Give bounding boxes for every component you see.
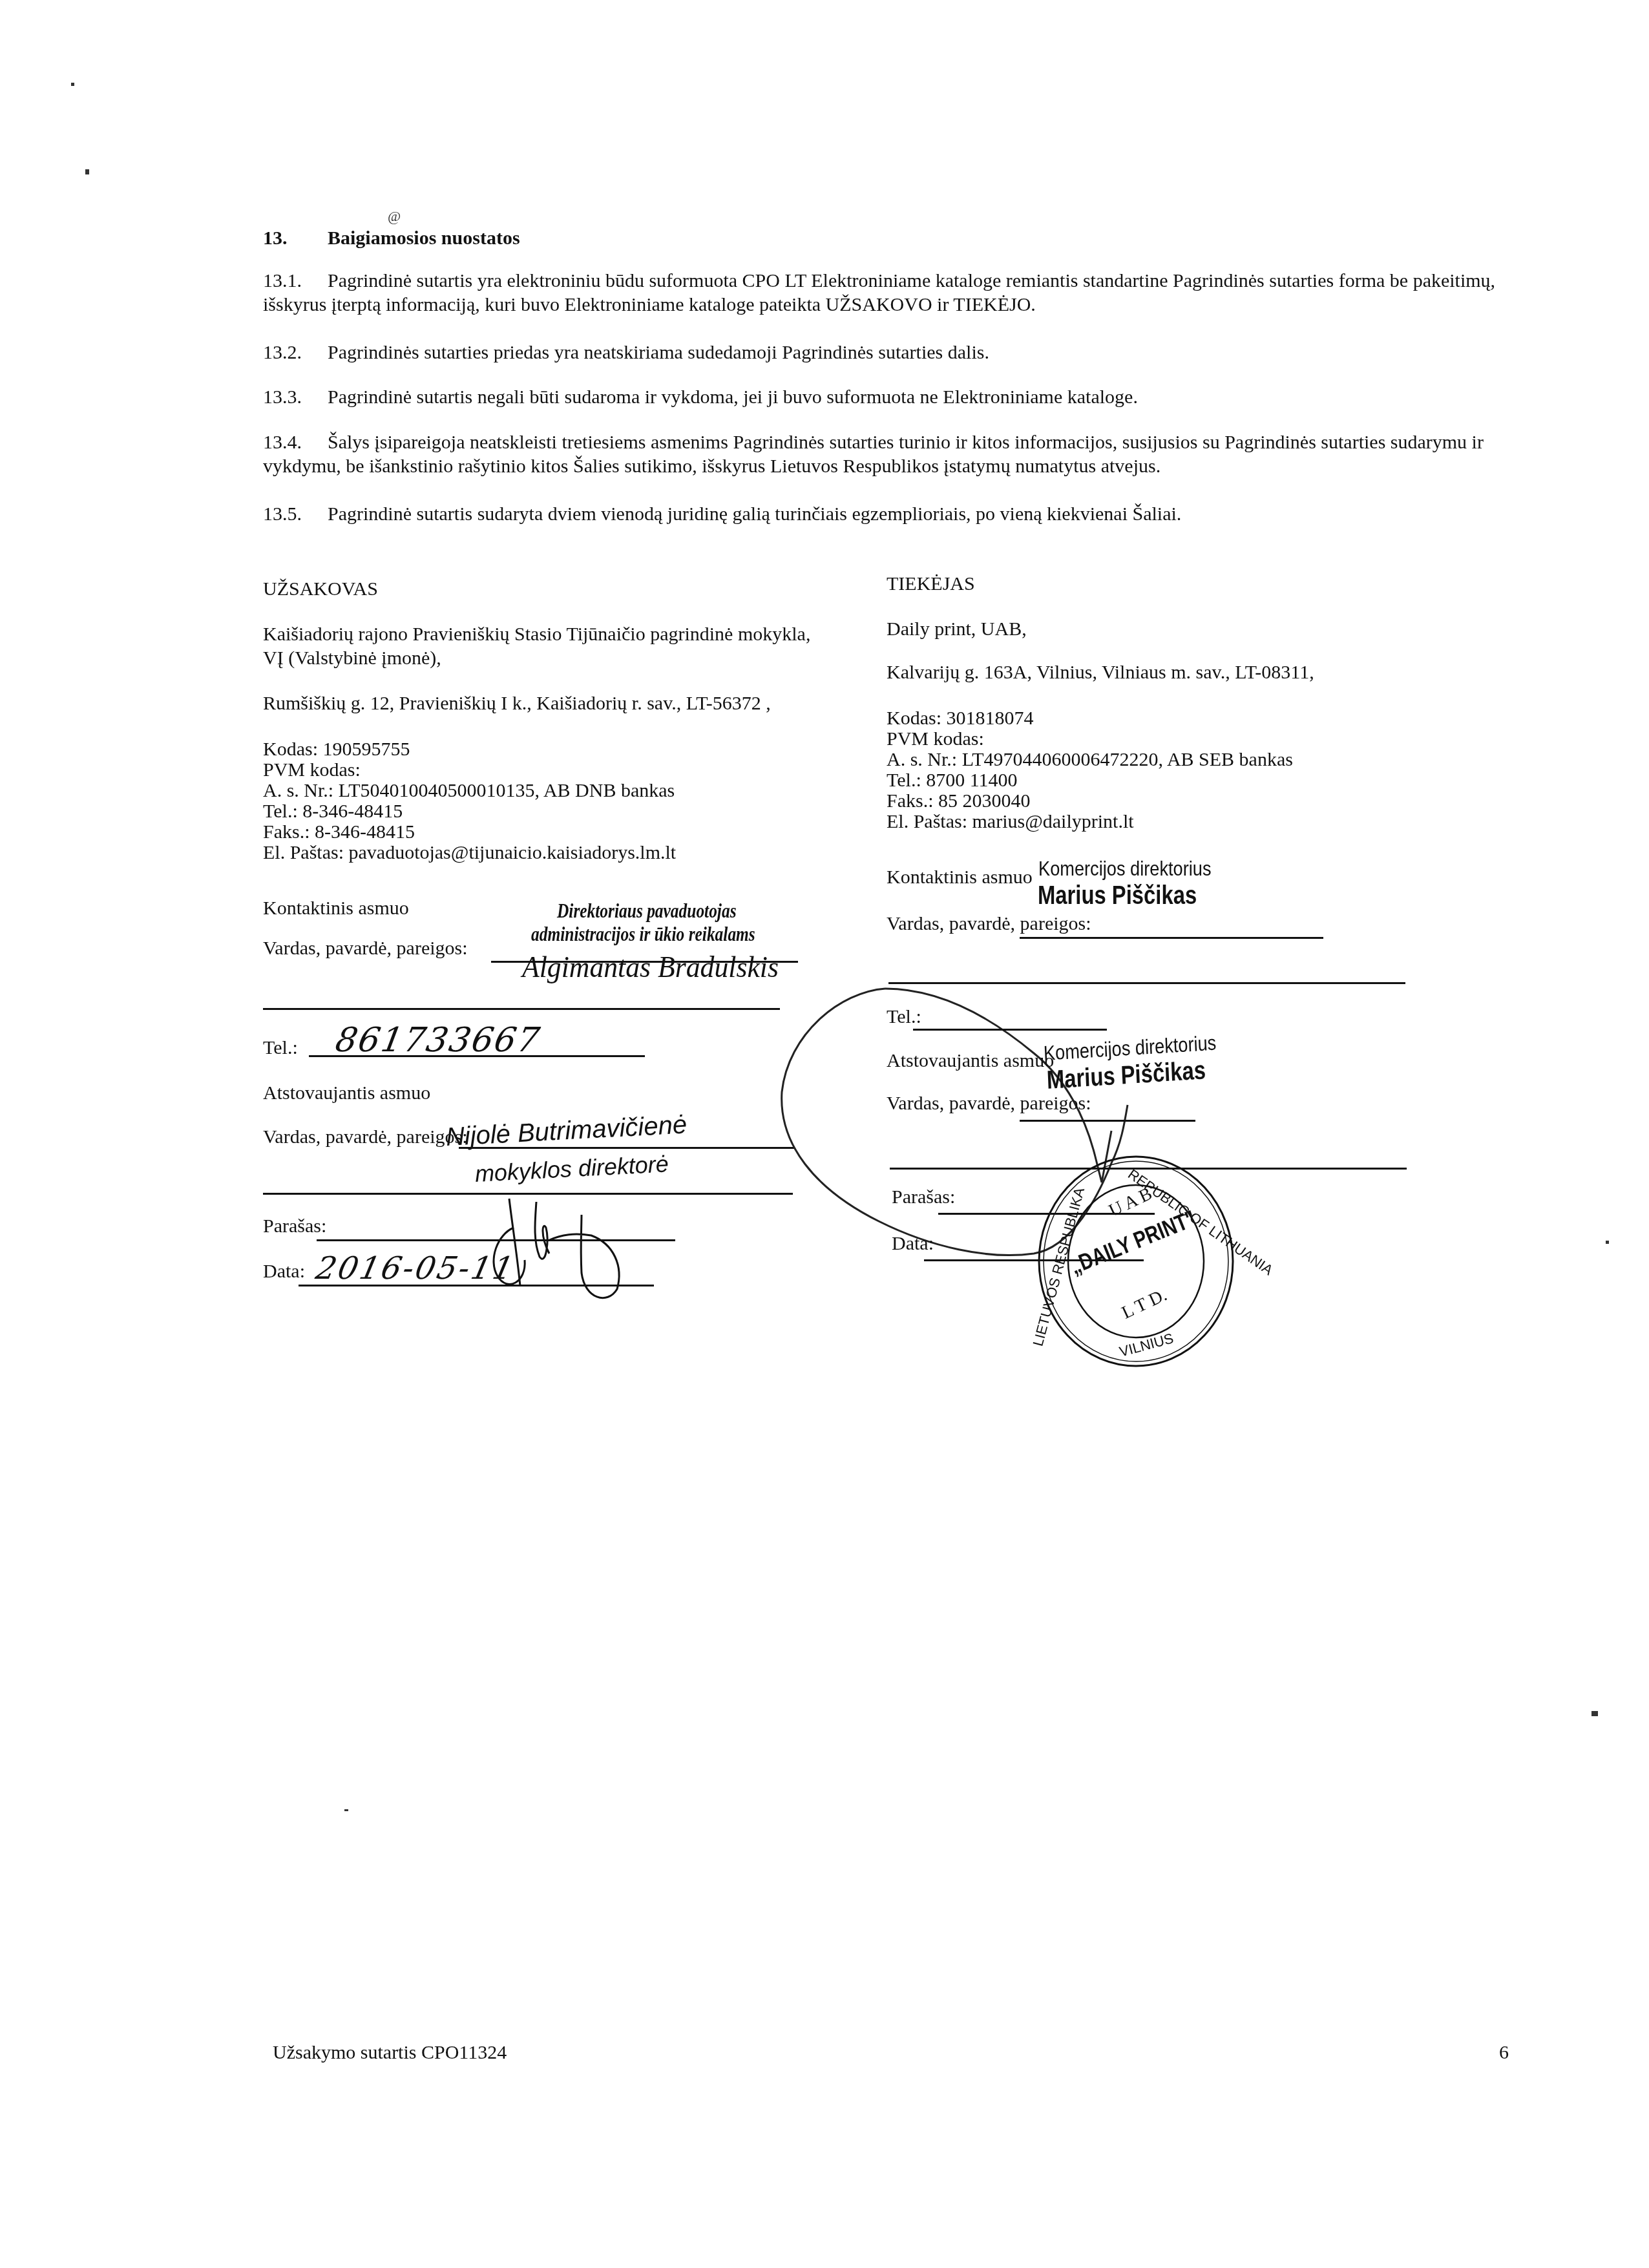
customer-contact-stamp-name: Algimantas Bradulskis [522, 950, 779, 984]
customer-contact-stamp-title2: administracijos ir ūkio reikalams [531, 923, 755, 946]
supplier-tel-line[interactable] [913, 1029, 1107, 1031]
clause-text: Pagrindinė sutartis sudaryta dviem vieno… [328, 503, 1181, 525]
supplier-signature-label: Parašas: [892, 1186, 955, 1209]
clause-number: 13.3. [263, 385, 328, 409]
clause-number: 13.5. [263, 502, 328, 526]
supplier-contact-stamp-title: Komercijos direktorius [1038, 857, 1212, 881]
customer-signature-icon [452, 1163, 659, 1305]
customer-vat: PVM kodas: [263, 759, 361, 782]
customer-account: A. s. Nr.: LT504010040500010135, AB DNB … [263, 779, 675, 803]
supplier-name: Daily print, UAB, [887, 618, 1027, 641]
clause-number: 13.2. [263, 341, 328, 364]
supplier-date-label: Data: [892, 1232, 934, 1255]
scan-speck [85, 169, 89, 174]
customer-contact-name-label: Vardas, pavardė, pareigos: [263, 937, 468, 960]
clause-text: Pagrindinė sutartis negali būti sudaroma… [328, 386, 1138, 408]
clause-number: 13.4. [263, 430, 328, 454]
scan-speck [71, 83, 74, 86]
customer-rep-label: Atstovaujantis asmuo [263, 1082, 430, 1105]
clause-13-3: 13.3.Pagrindinė sutartis negali būti sud… [263, 385, 1510, 409]
customer-contact-label: Kontaktinis asmuo [263, 897, 409, 920]
supplier-heading: TIEKĖJAS [887, 572, 975, 596]
supplier-rep-name-label: Vardas, pavardė, pareigos: [887, 1092, 1091, 1115]
customer-email: El. Paštas: pavaduotojas@tijunaicio.kais… [263, 841, 676, 865]
clause-text: Pagrindinės sutarties priedas yra neatsk… [328, 342, 989, 363]
customer-address: Rumšiškių g. 12, Pravieniškių I k., Kaiš… [263, 692, 771, 715]
clause-text: Pagrindinė sutartis yra elektroniniu būd… [263, 270, 1495, 315]
customer-rep-stamp-name: Nijolė Butrimavičienė [445, 1110, 688, 1151]
supplier-vat: PVM kodas: [887, 728, 984, 751]
supplier-rep-name-line[interactable] [1020, 1120, 1195, 1122]
supplier-contact-name-line[interactable] [1020, 937, 1323, 939]
clause-number: 13.1. [263, 269, 328, 293]
clause-13-5: 13.5.Pagrindinė sutartis sudaryta dviem … [263, 502, 1510, 526]
clause-13-1: 13.1.Pagrindinė sutartis yra elektronini… [263, 269, 1510, 317]
footer-doc-ref: Užsakymo sutartis CPO11324 [273, 2042, 507, 2064]
supplier-address: Kalvarijų g. 163A, Vilnius, Vilniaus m. … [887, 661, 1314, 684]
clause-text: Šalys įsipareigoja neatskleisti tretiesi… [263, 432, 1484, 477]
supplier-contact-stamp-name: Marius Piščikas [1038, 881, 1197, 910]
clause-13-4: 13.4.Šalys įsipareigoja neatskleisti tre… [263, 430, 1510, 478]
section-number: 13. [263, 227, 288, 249]
footer-page-number: 6 [1499, 2042, 1509, 2064]
scan-speck [1591, 1711, 1598, 1716]
supplier-rep-label: Atstovaujantis asmuo [887, 1049, 1054, 1073]
scan-speck [344, 1809, 348, 1811]
supplier-contact-extra-line[interactable] [888, 982, 1405, 984]
customer-tel-handwritten: 861733667 [333, 1021, 543, 1060]
supplier-contact-name-label: Vardas, pavardė, pareigos: [887, 912, 1091, 936]
scan-speck [1606, 1241, 1609, 1244]
customer-signature-label: Parašas: [263, 1215, 326, 1238]
customer-date-label: Data: [263, 1260, 305, 1283]
supplier-phone: Tel.: 8700 11400 [887, 769, 1018, 792]
supplier-contact-label: Kontaktinis asmuo [887, 866, 1033, 889]
company-seal: REPUBLIC OF LITHUANIA LIETUVOS RESPUBLIK… [1033, 1150, 1239, 1370]
supplier-email: El. Paštas: marius@dailyprint.lt [887, 810, 1134, 834]
customer-name-line2: VĮ (Valstybinė įmonė), [263, 647, 441, 670]
customer-heading: UŽSAKOVAS [263, 578, 378, 601]
scan-mark-icon: @ [388, 208, 401, 225]
supplier-account: A. s. Nr.: LT497044060006472220, AB SEB … [887, 748, 1293, 772]
customer-name-line1: Kaišiadorių rajono Pravieniškių Stasio T… [263, 623, 810, 646]
customer-code: Kodas: 190595755 [263, 738, 410, 761]
customer-phone: Tel.: 8-346-48415 [263, 800, 403, 823]
customer-tel-label: Tel.: [263, 1036, 298, 1060]
section-title: Baigiamosios nuostatos [328, 227, 520, 249]
clause-13-2: 13.2.Pagrindinės sutarties priedas yra n… [263, 341, 1510, 364]
supplier-code: Kodas: 301818074 [887, 707, 1034, 730]
customer-contact-stamp-title1: Direktoriaus pavaduotojas [557, 899, 737, 923]
supplier-fax: Faks.: 85 2030040 [887, 790, 1031, 813]
customer-contact-extra-line[interactable] [263, 1008, 780, 1010]
supplier-tel-label: Tel.: [887, 1005, 921, 1029]
customer-fax: Faks.: 8-346-48415 [263, 821, 415, 844]
customer-rep-name-label: Vardas, pavardė, pareigos: [263, 1126, 468, 1149]
